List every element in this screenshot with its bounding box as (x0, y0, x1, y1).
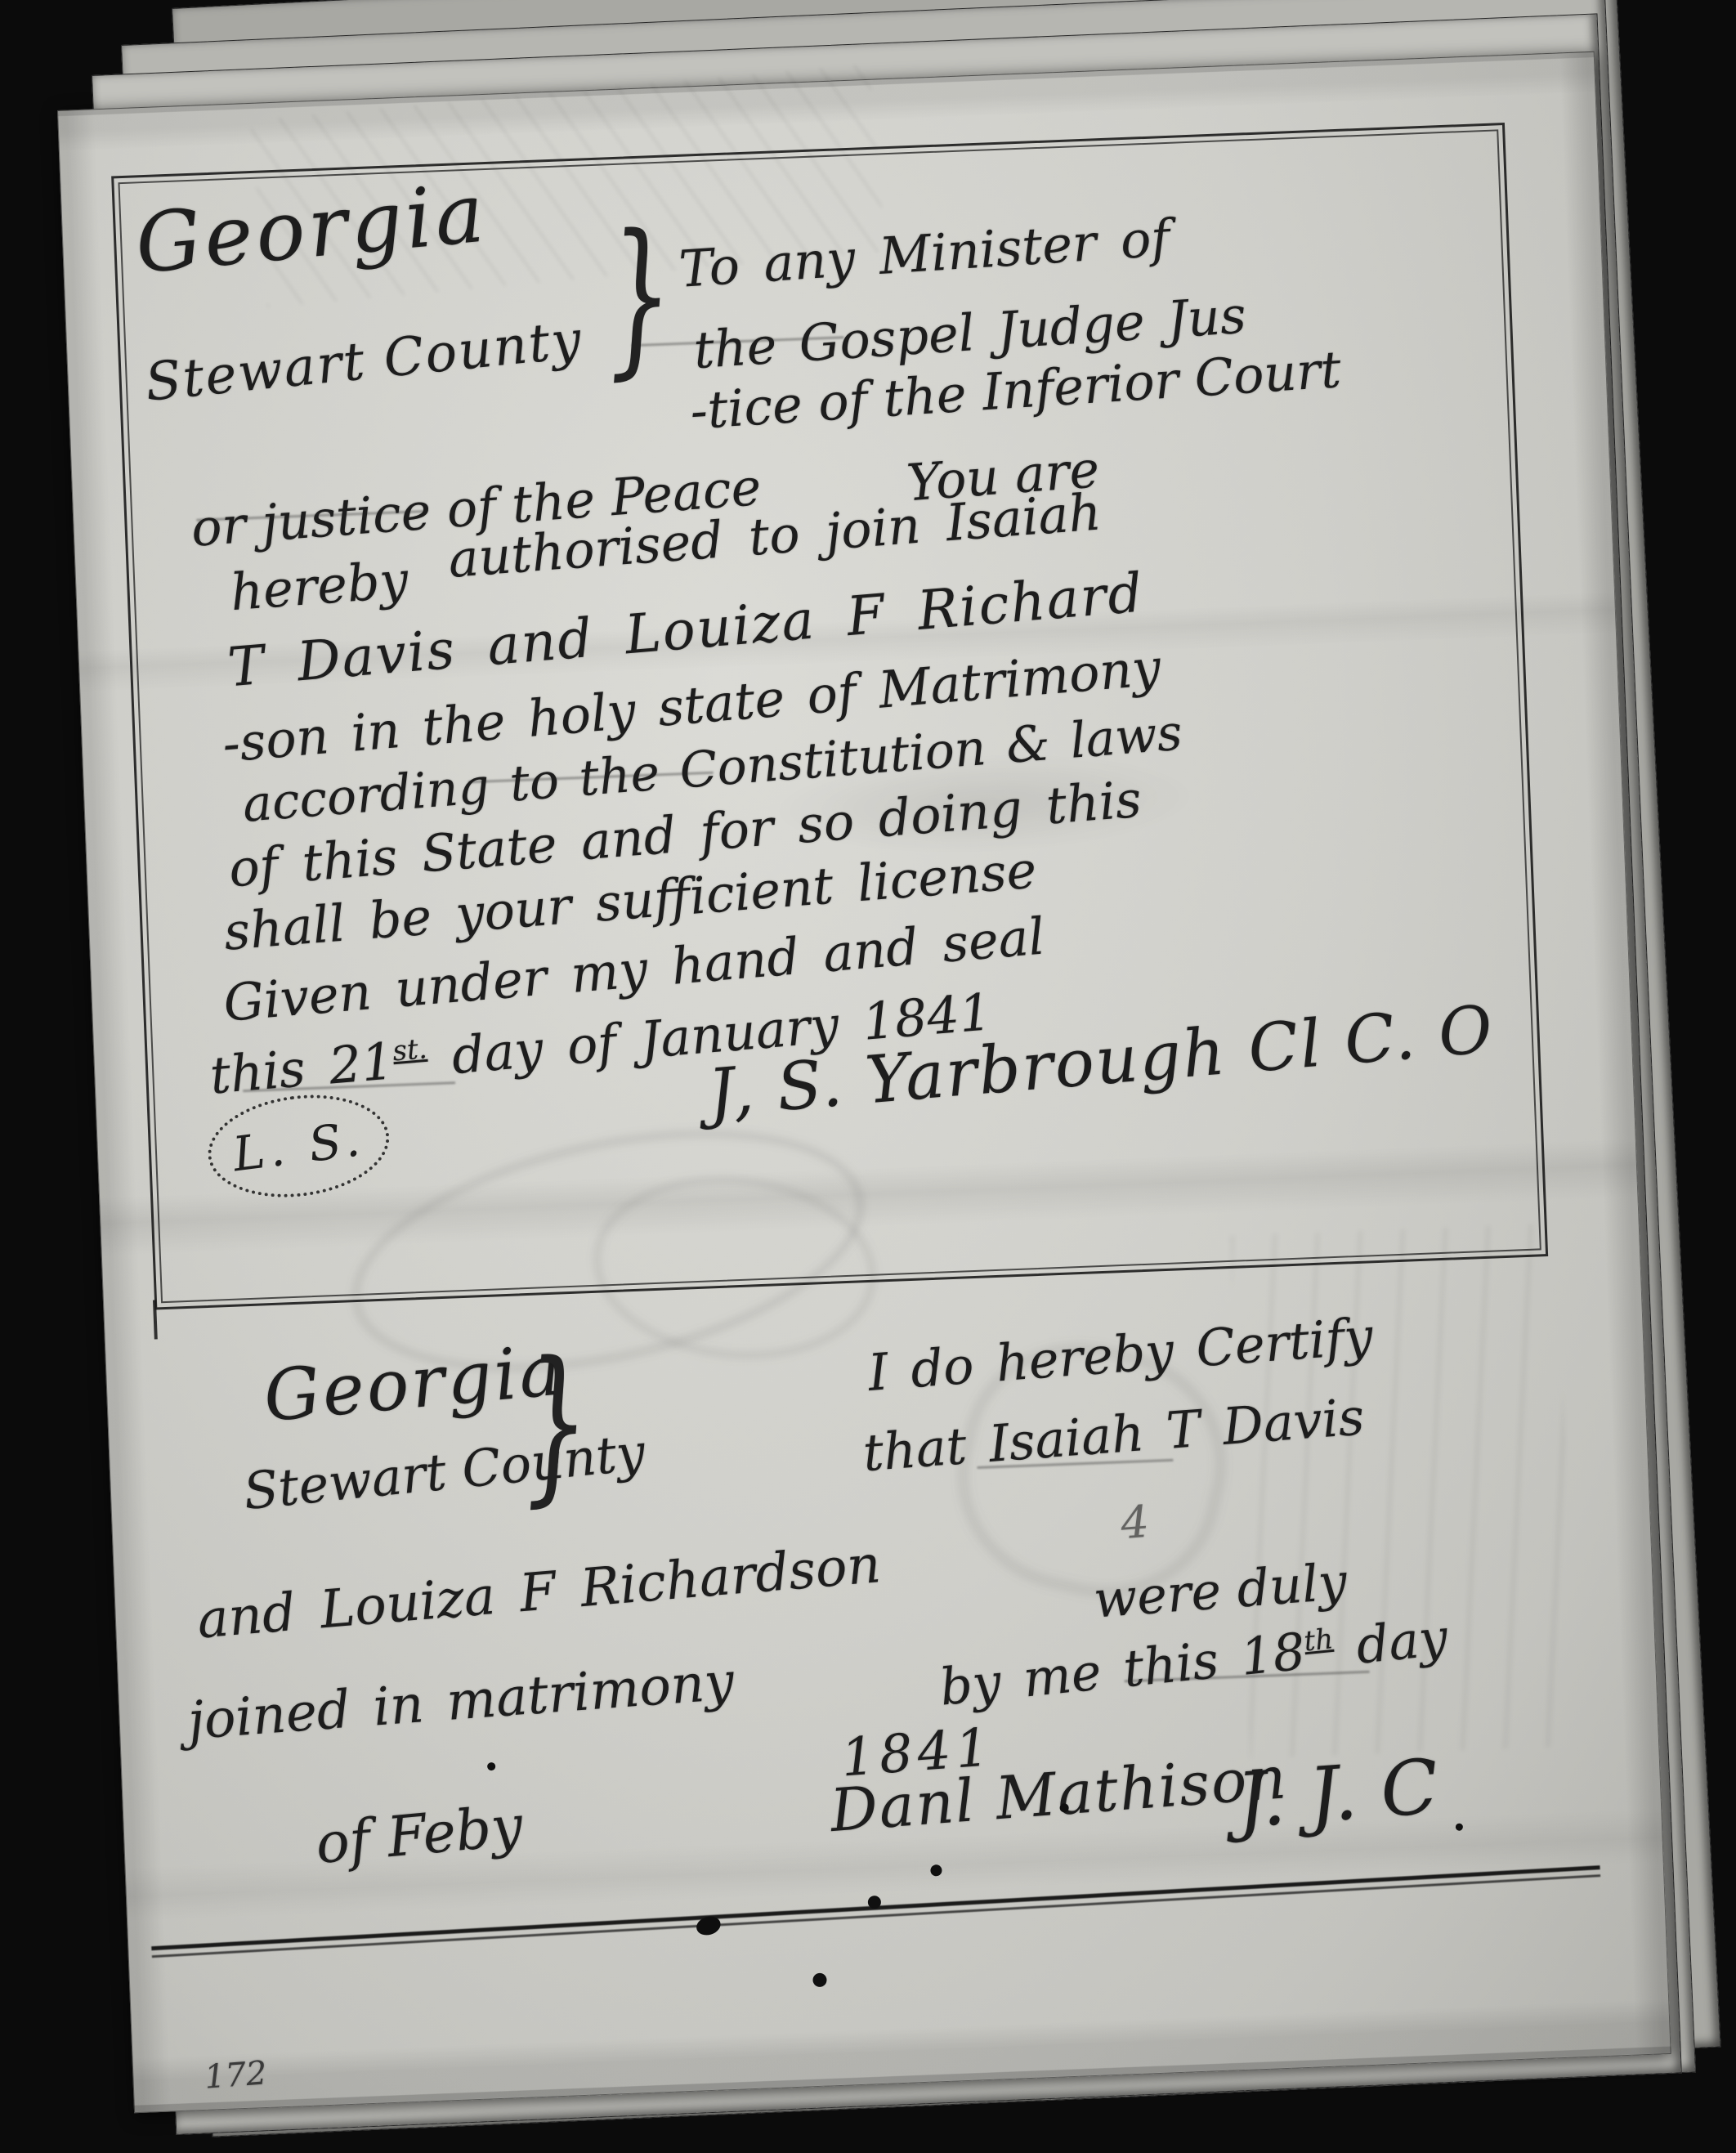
certification-line-3b: were duly (1091, 1551, 1349, 1630)
certification-line-4b-post: day (1331, 1607, 1450, 1677)
license-brace: } (602, 197, 677, 396)
ink-dot (812, 1973, 827, 1988)
document-page: Georgia Stewart County } To any Minister… (57, 51, 1671, 2113)
ink-dot (1456, 1824, 1463, 1831)
certification-line-4b-ordinal: th (1302, 1623, 1334, 1658)
seal-initials: L. S. (230, 1110, 368, 1182)
certification-line-2: that Isaiah T Davis (861, 1386, 1366, 1483)
certification-month: of Feby (313, 1794, 525, 1878)
scanner-background: Georgia Stewart County } To any Minister… (0, 0, 1736, 2153)
ledger-rule (151, 1865, 1600, 1958)
certification-line-3a: and Louiza F Richardson (195, 1534, 884, 1650)
license-line-12-ordinal: st. (391, 1032, 428, 1068)
certification-line-4b: by me this 18th day (937, 1607, 1450, 1717)
ink-dot (930, 1864, 942, 1877)
certification-brace: } (518, 1324, 593, 1523)
certification-line-1: I do hereby Certify (866, 1306, 1375, 1403)
page-number: 172 (204, 2054, 269, 2096)
certification-line-4b-pre: by me this 18 (937, 1622, 1308, 1717)
certification-line-4a: joined in matrimony (186, 1651, 736, 1752)
stray-ink-mark: 4 (1119, 1496, 1151, 1549)
officiant-title: J. J. C (1233, 1743, 1441, 1845)
ink-dot (487, 1762, 495, 1770)
